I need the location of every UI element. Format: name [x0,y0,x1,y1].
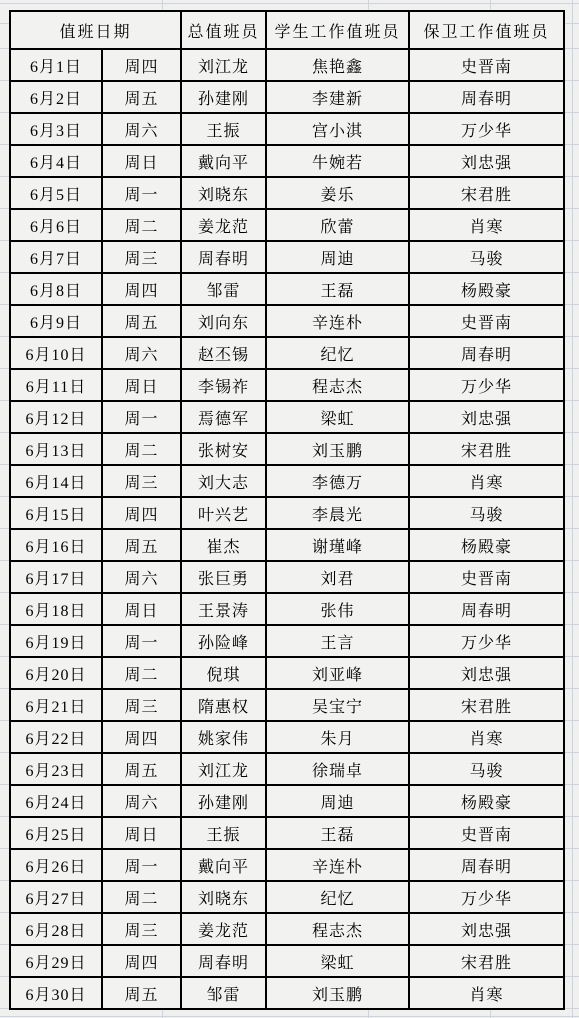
table-row: 6月18日周日王景涛张伟周春明 [10,593,564,625]
chief-officer-cell[interactable]: 王振 [181,113,266,145]
student-officer-cell[interactable]: 梁虹 [266,945,409,977]
student-officer-cell[interactable]: 王磊 [266,817,409,849]
table-row: 6月1日周四刘江龙焦艳鑫史晋南 [10,49,564,81]
chief-officer-cell[interactable]: 姚家伟 [181,721,266,753]
chief-officer-cell[interactable]: 刘向东 [181,305,266,337]
student-officer-cell[interactable]: 程志杰 [266,913,409,945]
student-officer-cell[interactable]: 欣蕾 [266,209,409,241]
security-officer-cell[interactable]: 周春明 [409,337,564,369]
chief-officer-cell[interactable]: 刘晓东 [181,881,266,913]
student-officer-cell[interactable]: 王磊 [266,273,409,305]
security-officer-cell[interactable]: 刘忠强 [409,657,564,689]
security-officer-cell[interactable]: 周春明 [409,593,564,625]
table-row: 6月16日周五崔杰谢瑾峰杨殿豪 [10,529,564,561]
security-officer-cell[interactable]: 史晋南 [409,817,564,849]
date-cell[interactable]: 6月10日 [10,337,102,369]
weekday-cell[interactable]: 周四 [102,49,181,81]
security-officer-cell[interactable]: 肖寒 [409,977,564,1009]
date-cell[interactable]: 6月11日 [10,369,102,401]
date-cell[interactable]: 6月28日 [10,913,102,945]
table-row: 6月2日周五孙建刚李建新周春明 [10,81,564,113]
student-officer-cell[interactable]: 辛连朴 [266,305,409,337]
date-cell[interactable]: 6月20日 [10,657,102,689]
security-officer-cell[interactable]: 宋君胜 [409,433,564,465]
header-security-officer[interactable]: 保卫工作值班员 [409,11,564,49]
student-officer-cell[interactable]: 纪忆 [266,881,409,913]
weekday-cell[interactable]: 周一 [102,625,181,657]
weekday-cell[interactable]: 周日 [102,817,181,849]
date-cell[interactable]: 6月6日 [10,209,102,241]
chief-officer-cell[interactable]: 李锡祚 [181,369,266,401]
student-officer-cell[interactable]: 刘玉鹏 [266,977,409,1009]
chief-officer-cell[interactable]: 焉德军 [181,401,266,433]
student-officer-cell[interactable]: 谢瑾峰 [266,529,409,561]
table-row: 6月23日周五刘江龙徐瑞卓马骏 [10,753,564,785]
security-officer-cell[interactable]: 肖寒 [409,721,564,753]
student-officer-cell[interactable]: 周迪 [266,785,409,817]
security-officer-cell[interactable]: 刘忠强 [409,145,564,177]
table-row: 6月6日周二姜龙范欣蕾肖寒 [10,209,564,241]
security-officer-cell[interactable]: 肖寒 [409,209,564,241]
date-cell[interactable]: 6月5日 [10,177,102,209]
weekday-cell[interactable]: 周二 [102,433,181,465]
date-cell[interactable]: 6月17日 [10,561,102,593]
weekday-cell[interactable]: 周六 [102,337,181,369]
date-cell[interactable]: 6月4日 [10,145,102,177]
security-officer-cell[interactable]: 宋君胜 [409,177,564,209]
security-officer-cell[interactable]: 史晋南 [409,561,564,593]
weekday-cell[interactable]: 周三 [102,465,181,497]
table-row: 6月10日周六赵丕锡纪忆周春明 [10,337,564,369]
student-officer-cell[interactable]: 李晨光 [266,497,409,529]
date-cell[interactable]: 6月21日 [10,689,102,721]
date-cell[interactable]: 6月15日 [10,497,102,529]
student-officer-cell[interactable]: 刘玉鹏 [266,433,409,465]
security-officer-cell[interactable]: 杨殿豪 [409,785,564,817]
security-officer-cell[interactable]: 宋君胜 [409,689,564,721]
security-officer-cell[interactable]: 万少华 [409,113,564,145]
date-cell[interactable]: 6月27日 [10,881,102,913]
date-cell[interactable]: 6月16日 [10,529,102,561]
security-officer-cell[interactable]: 周春明 [409,81,564,113]
weekday-cell[interactable]: 周四 [102,273,181,305]
chief-officer-cell[interactable]: 刘江龙 [181,753,266,785]
security-officer-cell[interactable]: 宋君胜 [409,945,564,977]
table-row: 6月12日周一焉德军梁虹刘忠强 [10,401,564,433]
weekday-cell[interactable]: 周二 [102,209,181,241]
student-officer-cell[interactable]: 张伟 [266,593,409,625]
student-officer-cell[interactable]: 李建新 [266,81,409,113]
security-officer-cell[interactable]: 万少华 [409,369,564,401]
chief-officer-cell[interactable]: 隋惠权 [181,689,266,721]
date-cell[interactable]: 6月29日 [10,945,102,977]
student-officer-cell[interactable]: 梁虹 [266,401,409,433]
table-row: 6月25日周日王振王磊史晋南 [10,817,564,849]
worksheet-area: 值班日期 总值班员 学生工作值班员 保卫工作值班员 6月1日周四刘江龙焦艳鑫史晋… [0,0,579,1018]
weekday-cell[interactable]: 周二 [102,881,181,913]
chief-officer-cell[interactable]: 姜龙范 [181,913,266,945]
security-officer-cell[interactable]: 刘忠强 [409,401,564,433]
weekday-cell[interactable]: 周四 [102,497,181,529]
date-cell[interactable]: 6月8日 [10,273,102,305]
date-cell[interactable]: 6月9日 [10,305,102,337]
gridline-vertical [572,0,573,1018]
security-officer-cell[interactable]: 万少华 [409,625,564,657]
student-officer-cell[interactable]: 刘君 [266,561,409,593]
spreadsheet-canvas: { "table": { "headers": { "date": "值班日期"… [0,0,579,1018]
table-row: 6月7日周三周春明周迪马骏 [10,241,564,273]
date-cell[interactable]: 6月12日 [10,401,102,433]
table-row: 6月27日周二刘晓东纪忆万少华 [10,881,564,913]
date-cell[interactable]: 6月13日 [10,433,102,465]
date-cell[interactable]: 6月26日 [10,849,102,881]
weekday-cell[interactable]: 周四 [102,945,181,977]
student-officer-cell[interactable]: 朱月 [266,721,409,753]
date-cell[interactable]: 6月18日 [10,593,102,625]
weekday-cell[interactable]: 周六 [102,785,181,817]
chief-officer-cell[interactable]: 刘江龙 [181,49,266,81]
weekday-cell[interactable]: 周四 [102,721,181,753]
student-officer-cell[interactable]: 辛连朴 [266,849,409,881]
student-officer-cell[interactable]: 徐瑞卓 [266,753,409,785]
weekday-cell[interactable]: 周六 [102,113,181,145]
table-row: 6月15日周四叶兴艺李晨光马骏 [10,497,564,529]
table-row: 6月22日周四姚家伟朱月肖寒 [10,721,564,753]
header-chief-officer[interactable]: 总值班员 [181,11,266,49]
student-officer-cell[interactable]: 焦艳鑫 [266,49,409,81]
date-cell[interactable]: 6月19日 [10,625,102,657]
weekday-cell[interactable]: 周一 [102,401,181,433]
weekday-cell[interactable]: 周五 [102,81,181,113]
chief-officer-cell[interactable]: 王振 [181,817,266,849]
weekday-cell[interactable]: 周日 [102,145,181,177]
student-officer-cell[interactable]: 宫小淇 [266,113,409,145]
chief-officer-cell[interactable]: 赵丕锡 [181,337,266,369]
security-officer-cell[interactable]: 杨殿豪 [409,529,564,561]
table-row: 6月4日周日戴向平牛婉若刘忠强 [10,145,564,177]
security-officer-cell[interactable]: 肖寒 [409,465,564,497]
chief-officer-cell[interactable]: 倪琪 [181,657,266,689]
chief-officer-cell[interactable]: 刘大志 [181,465,266,497]
header-duty-date[interactable]: 值班日期 [10,11,181,49]
table-row: 6月24日周六孙建刚周迪杨殿豪 [10,785,564,817]
date-cell[interactable]: 6月1日 [10,49,102,81]
weekday-cell[interactable]: 周五 [102,753,181,785]
table-row: 6月19日周一孙险峰王言万少华 [10,625,564,657]
security-officer-cell[interactable]: 刘忠强 [409,913,564,945]
chief-officer-cell[interactable]: 孙建刚 [181,81,266,113]
weekday-cell[interactable]: 周一 [102,849,181,881]
chief-officer-cell[interactable]: 姜龙范 [181,209,266,241]
date-cell[interactable]: 6月3日 [10,113,102,145]
date-cell[interactable]: 6月7日 [10,241,102,273]
chief-officer-cell[interactable]: 王景涛 [181,593,266,625]
table-row: 6月26日周一戴向平辛连朴周春明 [10,849,564,881]
chief-officer-cell[interactable]: 邹雷 [181,273,266,305]
security-officer-cell[interactable]: 杨殿豪 [409,273,564,305]
table-row: 6月20日周二倪琪刘亚峰刘忠强 [10,657,564,689]
table-row: 6月9日周五刘向东辛连朴史晋南 [10,305,564,337]
header-student-officer[interactable]: 学生工作值班员 [266,11,409,49]
date-cell[interactable]: 6月30日 [10,977,102,1009]
table-body: 6月1日周四刘江龙焦艳鑫史晋南6月2日周五孙建刚李建新周春明6月3日周六王振宫小… [10,49,564,1009]
weekday-cell[interactable]: 周六 [102,561,181,593]
chief-officer-cell[interactable]: 戴向平 [181,849,266,881]
date-cell[interactable]: 6月25日 [10,817,102,849]
security-officer-cell[interactable]: 史晋南 [409,49,564,81]
table-row: 6月14日周三刘大志李德万肖寒 [10,465,564,497]
security-officer-cell[interactable]: 马骏 [409,753,564,785]
student-officer-cell[interactable]: 刘亚峰 [266,657,409,689]
security-officer-cell[interactable]: 周春明 [409,849,564,881]
chief-officer-cell[interactable]: 叶兴艺 [181,497,266,529]
weekday-cell[interactable]: 周五 [102,529,181,561]
weekday-cell[interactable]: 周三 [102,689,181,721]
date-cell[interactable]: 6月2日 [10,81,102,113]
student-officer-cell[interactable]: 王言 [266,625,409,657]
student-officer-cell[interactable]: 牛婉若 [266,145,409,177]
date-cell[interactable]: 6月23日 [10,753,102,785]
chief-officer-cell[interactable]: 周春明 [181,945,266,977]
table-row: 6月28日周三姜龙范程志杰刘忠强 [10,913,564,945]
table-row: 6月17日周六张巨勇刘君史晋南 [10,561,564,593]
security-officer-cell[interactable]: 史晋南 [409,305,564,337]
chief-officer-cell[interactable]: 张树安 [181,433,266,465]
table-row: 6月3日周六王振宫小淇万少华 [10,113,564,145]
weekday-cell[interactable]: 周一 [102,177,181,209]
weekday-cell[interactable]: 周五 [102,977,181,1009]
chief-officer-cell[interactable]: 刘晓东 [181,177,266,209]
header-row: 值班日期 总值班员 学生工作值班员 保卫工作值班员 [10,11,564,49]
chief-officer-cell[interactable]: 孙险峰 [181,625,266,657]
student-officer-cell[interactable]: 吴宝宁 [266,689,409,721]
gridline-horizontal [0,3,579,4]
weekday-cell[interactable]: 周日 [102,593,181,625]
table-row: 6月13日周二张树安刘玉鹏宋君胜 [10,433,564,465]
table-row: 6月21日周三隋惠权吴宝宁宋君胜 [10,689,564,721]
weekday-cell[interactable]: 周五 [102,305,181,337]
chief-officer-cell[interactable]: 周春明 [181,241,266,273]
security-officer-cell[interactable]: 马骏 [409,241,564,273]
weekday-cell[interactable]: 周三 [102,913,181,945]
student-officer-cell[interactable]: 程志杰 [266,369,409,401]
student-officer-cell[interactable]: 姜乐 [266,177,409,209]
student-officer-cell[interactable]: 李德万 [266,465,409,497]
table-row: 6月29日周四周春明梁虹宋君胜 [10,945,564,977]
student-officer-cell[interactable]: 纪忆 [266,337,409,369]
chief-officer-cell[interactable]: 崔杰 [181,529,266,561]
chief-officer-cell[interactable]: 戴向平 [181,145,266,177]
chief-officer-cell[interactable]: 孙建刚 [181,785,266,817]
weekday-cell[interactable]: 周二 [102,657,181,689]
table-row: 6月11日周日李锡祚程志杰万少华 [10,369,564,401]
table-row: 6月5日周一刘晓东姜乐宋君胜 [10,177,564,209]
date-cell[interactable]: 6月22日 [10,721,102,753]
gridline-horizontal [0,1016,579,1017]
date-cell[interactable]: 6月14日 [10,465,102,497]
table-row: 6月8日周四邹雷王磊杨殿豪 [10,273,564,305]
chief-officer-cell[interactable]: 张巨勇 [181,561,266,593]
date-cell[interactable]: 6月24日 [10,785,102,817]
table-row: 6月30日周五邹雷刘玉鹏肖寒 [10,977,564,1009]
weekday-cell[interactable]: 周三 [102,241,181,273]
weekday-cell[interactable]: 周日 [102,369,181,401]
security-officer-cell[interactable]: 万少华 [409,881,564,913]
student-officer-cell[interactable]: 周迪 [266,241,409,273]
security-officer-cell[interactable]: 马骏 [409,497,564,529]
chief-officer-cell[interactable]: 邹雷 [181,977,266,1009]
duty-schedule-table: 值班日期 总值班员 学生工作值班员 保卫工作值班员 6月1日周四刘江龙焦艳鑫史晋… [9,10,565,1010]
